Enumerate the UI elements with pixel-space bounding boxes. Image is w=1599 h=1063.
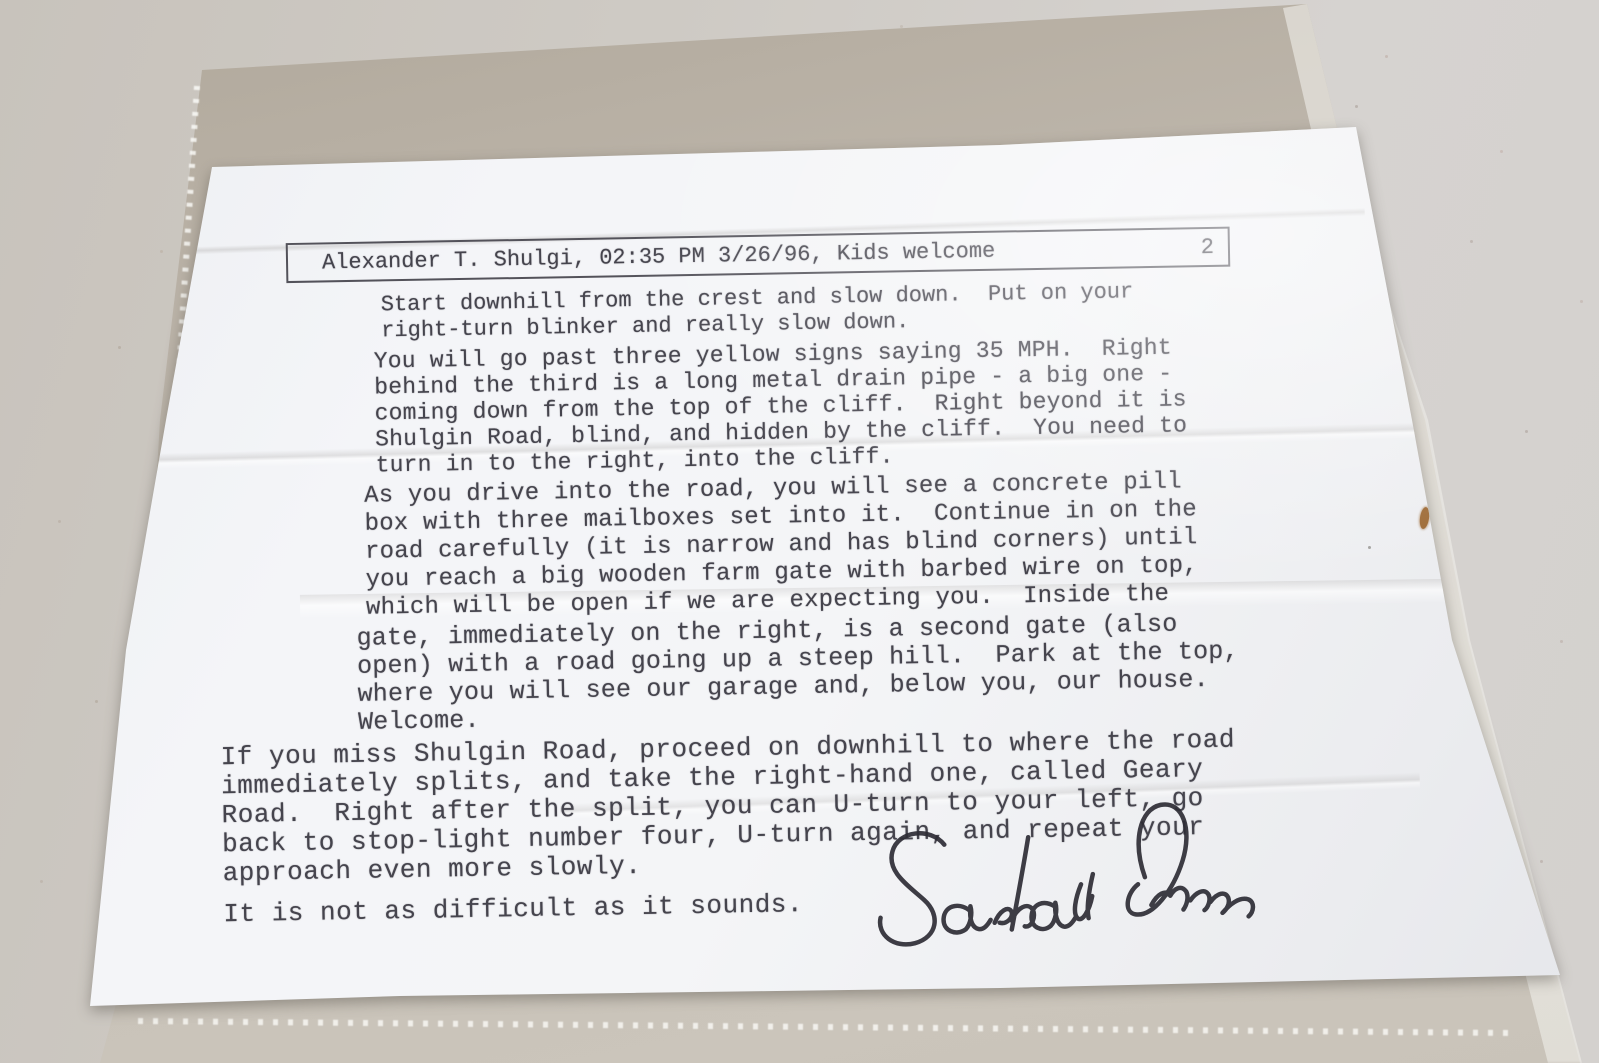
paper-wrap: Alexander T. Shulgi, 02:35 PM 3/26/96, K… — [0, 0, 1599, 1063]
paper-crease-lower — [560, 772, 1420, 820]
text-line: which will be open if we are expecting y… — [366, 580, 1199, 623]
text-line: behind the third is a long metal drain p… — [374, 360, 1186, 400]
page-number: 2 — [1200, 234, 1214, 259]
closing-line: It is not as difficult as it sounds. — [223, 889, 803, 929]
text-line: coming down from the top of the cliff. R… — [374, 386, 1186, 426]
text-line: As you drive into the road, you will see… — [364, 468, 1197, 511]
text-line: where you will see our garage and, below… — [357, 665, 1239, 708]
text-line: If you miss Shulgin Road, proceed on dow… — [220, 726, 1235, 773]
stain-speck — [1419, 506, 1431, 529]
text-line: you reach a big wooden farm gate with ba… — [365, 552, 1198, 595]
signature-strokes — [847, 779, 1280, 956]
text-line: Welcome. — [358, 693, 1240, 736]
text-line: immediately splits, and take the right-h… — [221, 755, 1236, 802]
text-line: Shulgin Road, blind, and hidden by the c… — [375, 412, 1187, 452]
text-line: It is not as difficult as it sounds. — [223, 889, 803, 929]
text-line: Start downhill from the crest and slow d… — [381, 279, 1134, 318]
photo-scene: Alexander T. Shulgi, 02:35 PM 3/26/96, K… — [0, 0, 1599, 1063]
paper-crease-top — [150, 208, 1365, 256]
header-text: Alexander T. Shulgi, 02:35 PM 3/26/96, K… — [322, 238, 996, 275]
text-line: back to stop-light number four, U-turn a… — [222, 813, 1237, 860]
signature — [847, 779, 1280, 956]
paragraph-2: You will go past three yellow signs sayi… — [374, 334, 1188, 478]
small-ink-dot — [1368, 546, 1371, 549]
text-line: gate, immediately on the right, is a sec… — [356, 610, 1238, 653]
text-line: approach even more slowly. — [222, 842, 1237, 889]
paper-crease-middle-2 — [300, 577, 1570, 619]
paragraph-5: If you miss Shulgin Road, proceed on dow… — [220, 726, 1237, 889]
text-line: Road. Right after the split, you can U-t… — [221, 784, 1236, 831]
text-line: turn in to the right, into the cliff. — [375, 438, 1187, 478]
text-line: You will go past three yellow signs sayi… — [374, 334, 1186, 374]
text-line: road carefully (it is narrow and has bli… — [365, 524, 1198, 567]
paragraph-1: Start downhill from the crest and slow d… — [381, 279, 1134, 344]
header-box: Alexander T. Shulgi, 02:35 PM 3/26/96, K… — [286, 227, 1231, 283]
paragraph-3: As you drive into the road, you will see… — [364, 468, 1199, 623]
text-line: box with three mailboxes set into it. Co… — [364, 496, 1197, 539]
letter-content: Alexander T. Shulgi, 02:35 PM 3/26/96, K… — [0, 0, 1599, 1063]
text-line: open) with a road going up a steep hill.… — [357, 638, 1239, 681]
text-line: right-turn blinker and really slow down. — [381, 305, 1134, 344]
paper-crease-middle-1 — [140, 422, 1430, 470]
paragraph-4: gate, immediately on the right, is a sec… — [356, 610, 1240, 737]
letter-paper: Alexander T. Shulgi, 02:35 PM 3/26/96, K… — [0, 0, 1599, 1063]
